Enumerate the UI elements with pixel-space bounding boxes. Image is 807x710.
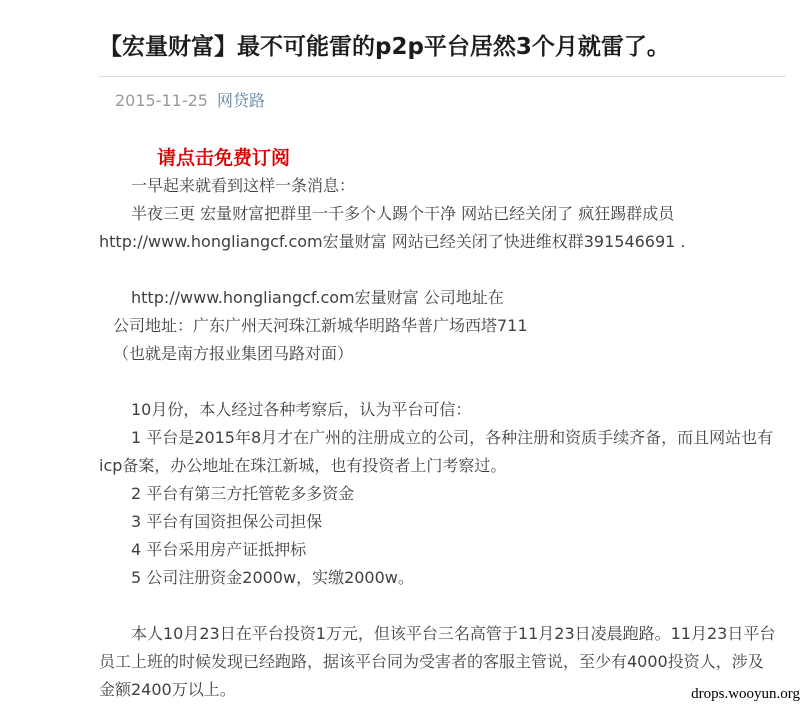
paragraph-spacer <box>99 256 799 284</box>
paragraph: http://www.hongliangcf.com宏量财富 公司地址在 <box>99 284 799 312</box>
article-title: 【宏量财富】最不可能雷的p2p平台居然3个月就雷了。 <box>99 31 799 63</box>
watermark: drops.wooyun.org <box>691 686 800 703</box>
paragraph-spacer <box>99 592 799 620</box>
paragraph: 1 平台是2015年8月才在广州的注册成立的公司，各种注册和资质手续齐备，而且网… <box>99 424 799 480</box>
source-link[interactable]: 网贷路 <box>217 91 265 110</box>
paragraph: 2 平台有第三方托管乾多多资金 <box>99 480 799 508</box>
paragraph: 半夜三更 宏量财富把群里一千多个人踢个干净 网站已经关闭了 疯狂踢群成员 htt… <box>99 200 799 256</box>
publish-date: 2015-11-25 <box>115 91 208 110</box>
paragraph: 公司地址：广东广州天河珠江新城华明路华普广场西塔711 <box>99 312 799 340</box>
title-divider <box>99 76 786 77</box>
paragraph: （也就是南方报业集团马路对面） <box>99 340 799 368</box>
article-meta: 2015-11-25网贷路 <box>115 92 799 110</box>
page: 【宏量财富】最不可能雷的p2p平台居然3个月就雷了。 2015-11-25网贷路… <box>0 0 807 710</box>
paragraph: 3 平台有国资担保公司担保 <box>99 508 799 536</box>
article: 【宏量财富】最不可能雷的p2p平台居然3个月就雷了。 2015-11-25网贷路… <box>99 0 799 704</box>
subscribe-link[interactable]: 请点击免费订阅 <box>99 144 799 172</box>
paragraph: 10月份，本人经过各种考察后，认为平台可信： <box>99 396 799 424</box>
paragraph: 4 平台采用房产证抵押标 <box>99 536 799 564</box>
article-body: 请点击免费订阅 一早起来就看到这样一条消息：半夜三更 宏量财富把群里一千多个人踢… <box>99 144 799 704</box>
paragraph: 5 公司注册资金2000w，实缴2000w。 <box>99 564 799 592</box>
paragraph-spacer <box>99 368 799 396</box>
paragraph-list: 一早起来就看到这样一条消息：半夜三更 宏量财富把群里一千多个人踢个干净 网站已经… <box>99 172 799 704</box>
paragraph: 一早起来就看到这样一条消息： <box>99 172 799 200</box>
